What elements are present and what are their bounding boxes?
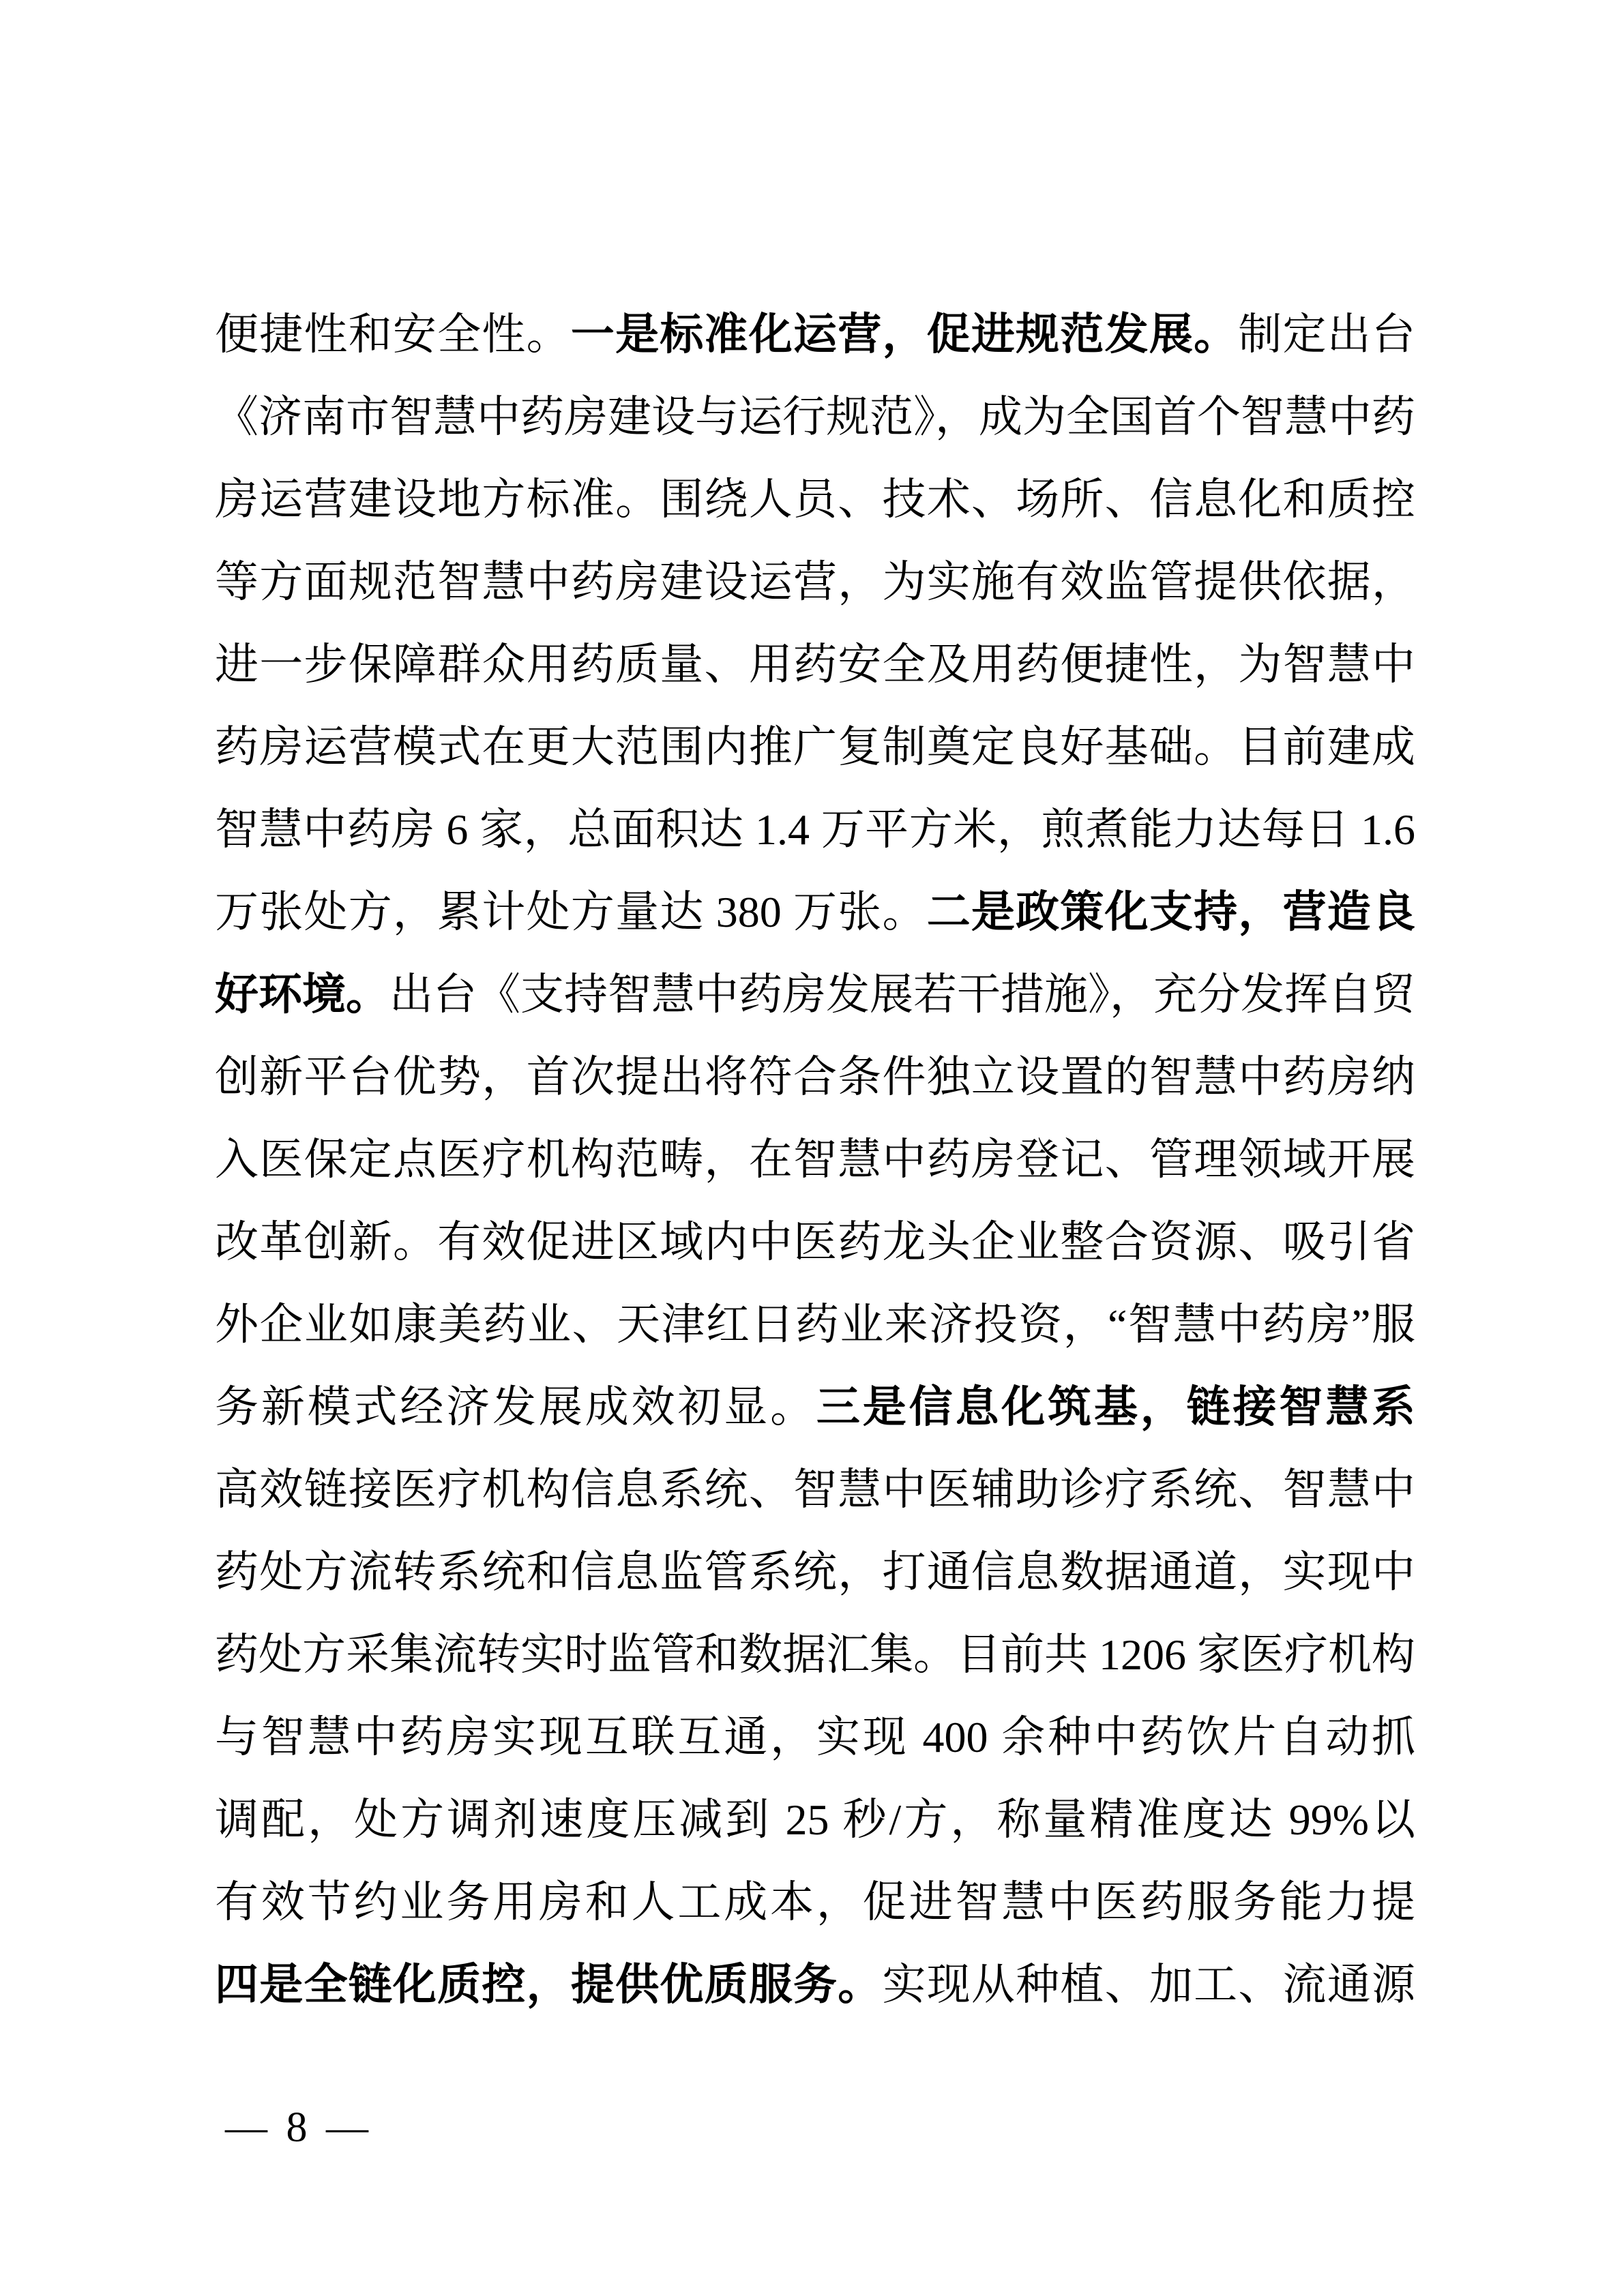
text-line: 入医保定点医疗机构范畴，在智慧中药房登记、管理领域开展	[215, 1118, 1415, 1201]
text-segment: 药房运营模式在更大范围内推广复制奠定良好基础。目前建成	[215, 723, 1415, 771]
text-line: 《济南市智慧中药房建设与运行规范》，成为全国首个智慧中药	[215, 376, 1415, 458]
text-line: 高效链接医疗机构信息系统、智慧中医辅助诊疗系统、智慧中	[215, 1448, 1415, 1531]
emphasis-text: 好环境。	[215, 970, 389, 1019]
text-line: 务新模式经济发展成效初显。三是信息化筑基，链接智慧系统。	[215, 1366, 1415, 1448]
text-segment: 实现从种植、加工、流通源	[882, 1960, 1415, 2009]
document-page: 便捷性和安全性。一是标准化运营，促进规范发展。制定出台《济南市智慧中药房建设与运…	[0, 0, 1624, 2296]
text-line: 进一步保障群众用药质量、用药安全及用药便捷性，为智慧中	[215, 623, 1415, 706]
text-segment: 便捷性和安全性。	[215, 310, 571, 359]
document-body: 便捷性和安全性。一是标准化运营，促进规范发展。制定出台《济南市智慧中药房建设与运…	[215, 293, 1415, 2026]
text-line: 万张处方，累计处方量达 380 万张。二是政策化支持，营造良	[215, 871, 1415, 953]
emphasis-text: 二是政策化支持，营造良	[927, 888, 1415, 936]
text-segment: 制定出台	[1238, 310, 1415, 359]
text-segment: 万张处方，累计处方量达 380 万张。	[215, 888, 927, 936]
text-line: 便捷性和安全性。一是标准化运营，促进规范发展。制定出台	[215, 293, 1415, 376]
emphasis-text: 一是标准化运营，促进规范发展。	[571, 310, 1238, 359]
text-line: 房运营建设地方标准。围绕人员、技术、场所、信息化和质控	[215, 458, 1415, 541]
text-line: 药处方流转系统和信息监管系统，打通信息数据通道，实现中	[215, 1531, 1415, 1613]
text-segment: 药处方采集流转实时监管和数据汇集。目前共 1206 家医疗机构	[215, 1630, 1415, 1679]
text-segment: 《济南市智慧中药房建设与运行规范》，成为全国首个智慧中药	[215, 393, 1415, 441]
text-segment: 等方面规范智慧中药房建设运营，为实施有效监管提供依据，	[215, 558, 1415, 606]
page-footer: — 8 —	[225, 2097, 372, 2158]
text-segment: 高效链接医疗机构信息系统、智慧中医辅助诊疗系统、智慧中	[215, 1465, 1415, 1514]
text-line: 改革创新。有效促进区域内中医药龙头企业整合资源、吸引省	[215, 1201, 1415, 1283]
page-number: — 8 —	[225, 2104, 372, 2151]
text-segment: 务新模式经济发展成效初显。	[215, 1383, 816, 1431]
emphasis-text: 四是全链化质控，提供优质服务。	[215, 1960, 882, 2009]
text-line: 调配，处方调剂速度压减到 25 秒/方，称量精准度达 99%以上，	[215, 1778, 1415, 1861]
text-line: 创新平台优势，首次提出将符合条件独立设置的智慧中药房纳	[215, 1036, 1415, 1118]
text-line: 药房运营模式在更大范围内推广复制奠定良好基础。目前建成	[215, 706, 1415, 788]
text-line: 四是全链化质控，提供优质服务。实现从种植、加工、流通源	[215, 1943, 1415, 2026]
text-segment: 进一步保障群众用药质量、用药安全及用药便捷性，为智慧中	[215, 640, 1415, 689]
text-segment: 与智慧中药房实现互联互通，实现 400 余种中药饮片自动抓取、	[215, 1713, 1415, 1778]
text-segment: 有效节约业务用房和人工成本，促进智慧中医药服务能力提升。	[215, 1878, 1415, 1943]
text-line: 与智慧中药房实现互联互通，实现 400 余种中药饮片自动抓取、	[215, 1696, 1415, 1778]
text-segment: 入医保定点医疗机构范畴，在智慧中药房登记、管理领域开展	[215, 1135, 1415, 1184]
text-segment: 改革创新。有效促进区域内中医药龙头企业整合资源、吸引省	[215, 1218, 1415, 1266]
text-segment: 调配，处方调剂速度压减到 25 秒/方，称量精准度达 99%以上，	[215, 1795, 1415, 1861]
text-line: 好环境。出台《支持智慧中药房发展若干措施》，充分发挥自贸	[215, 953, 1415, 1036]
text-segment: 外企业如康美药业、天津红日药业来济投资，“智慧中药房”服	[215, 1300, 1415, 1349]
text-segment: 出台《支持智慧中药房发展若干措施》，充分发挥自贸	[389, 970, 1415, 1019]
text-segment: 房运营建设地方标准。围绕人员、技术、场所、信息化和质控	[215, 475, 1415, 524]
text-line: 有效节约业务用房和人工成本，促进智慧中医药服务能力提升。	[215, 1861, 1415, 1943]
text-segment: 药处方流转系统和信息监管系统，打通信息数据通道，实现中	[215, 1548, 1415, 1596]
text-segment: 智慧中药房 6 家，总面积达 1.4 万平方米，煎煮能力达每日 1.6	[215, 805, 1415, 854]
text-line: 智慧中药房 6 家，总面积达 1.4 万平方米，煎煮能力达每日 1.6	[215, 788, 1415, 871]
text-line: 药处方采集流转实时监管和数据汇集。目前共 1206 家医疗机构	[215, 1613, 1415, 1696]
text-line: 等方面规范智慧中药房建设运营，为实施有效监管提供依据，	[215, 541, 1415, 623]
text-segment: 创新平台优势，首次提出将符合条件独立设置的智慧中药房纳	[215, 1053, 1415, 1101]
text-line: 外企业如康美药业、天津红日药业来济投资，“智慧中药房”服	[215, 1283, 1415, 1366]
